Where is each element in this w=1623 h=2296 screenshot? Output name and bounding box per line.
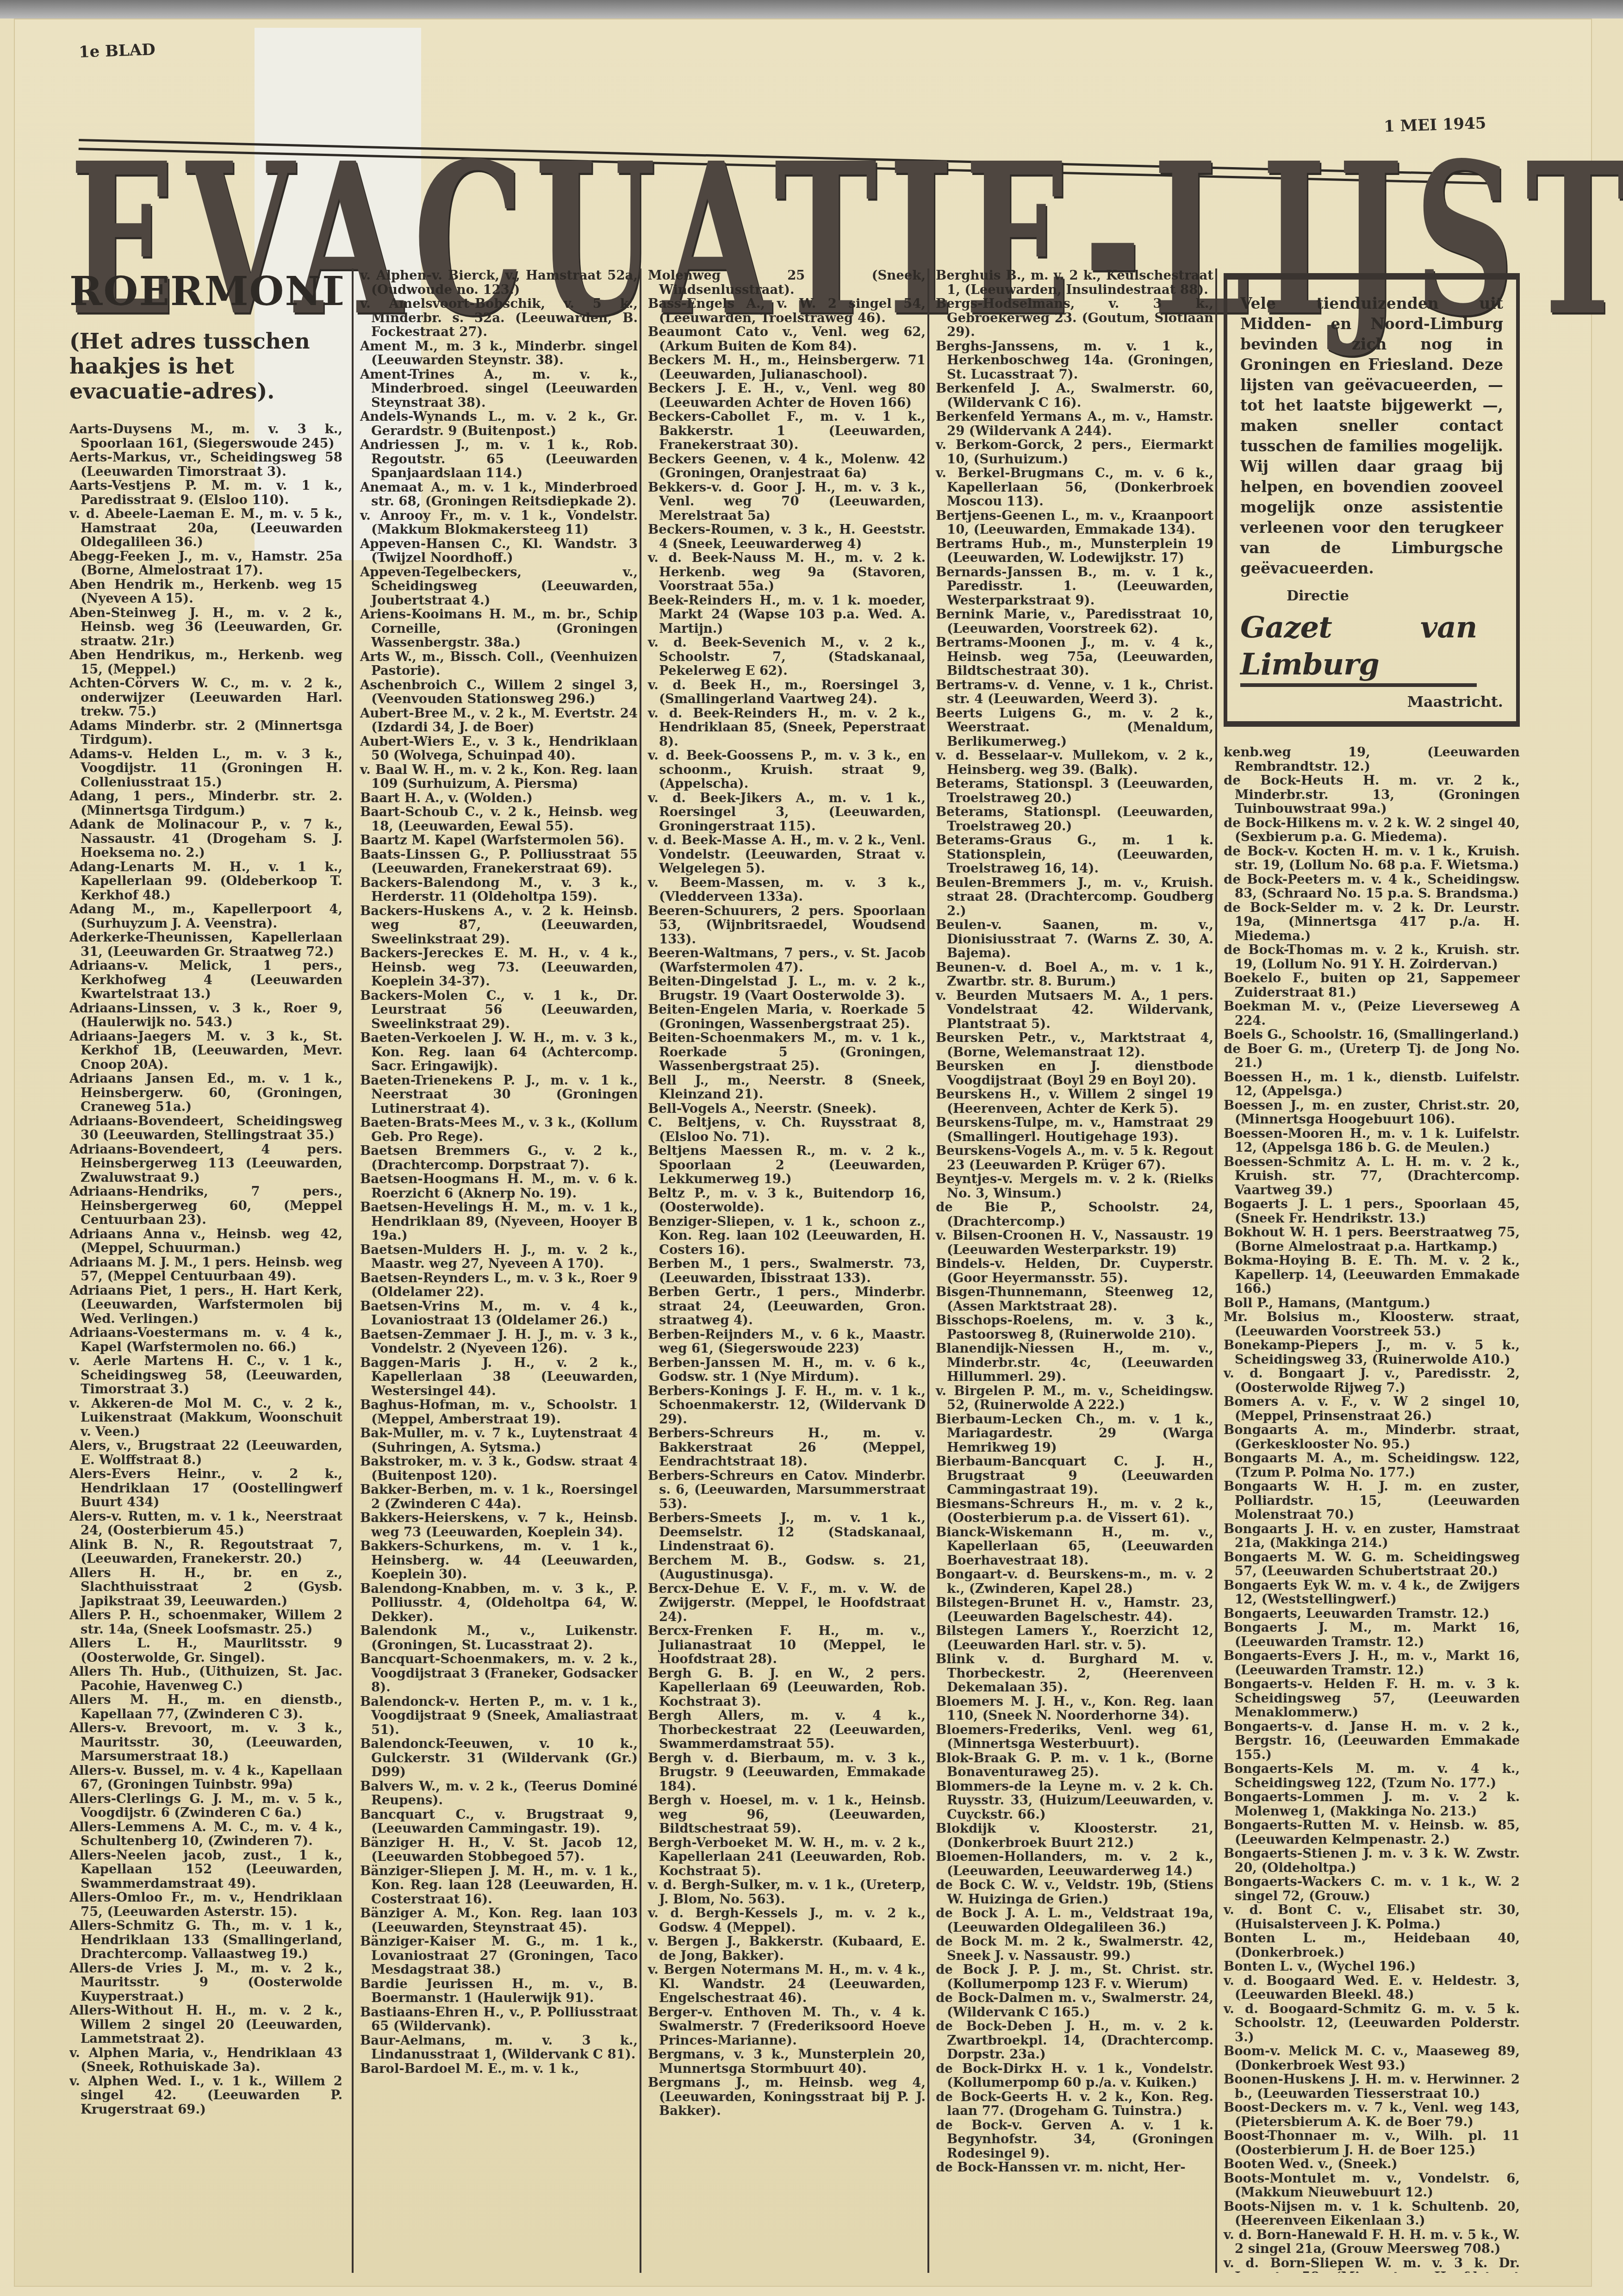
list-entry: kenb.weg 19, (Leeuwarden Rembrandtstr. 1… [1224, 745, 1520, 774]
list-entry: Bonten L. v., (Wychel 196.) [1224, 1959, 1520, 1974]
list-entry: Baur-Aelmans, m. v. 3 k., Lindanusstraat… [360, 2034, 638, 2062]
list-entry: Bergmans J., m. Heinsb. weg 4, (Leeuward… [648, 2076, 926, 2118]
entry-list: Berghuis B., m. v. 2 k., Keulschestraat … [936, 268, 1213, 2175]
list-entry: Boekelo F., buiten op 21, Sappemeer Zuid… [1224, 971, 1520, 999]
list-entry: Backers-Balendong M., v. 3 k., Herderstr… [360, 876, 638, 904]
list-entry: Baghus-Hofman, m. v., Schoolstr. 1 (Mepp… [360, 1398, 638, 1426]
list-entry: Bell-Vogels A., Neerstr. (Sneek). [648, 1102, 926, 1116]
list-entry: Balvers W., m. v. 2 k., (Teerus Dominé R… [360, 1779, 638, 1808]
list-entry: de Bock-Heuts H. m. vr. 2 k., Minderbr.s… [1224, 774, 1520, 816]
list-entry: Berbers-Smeets J., m. v. 1 k., Deemselst… [648, 1511, 926, 1554]
list-entry: Berchem M. B., Godsw. s. 21, (Augustinus… [648, 1554, 926, 1582]
list-entry: Bomers A. v. F., v. W 2 singel 10, (Mepp… [1224, 1395, 1520, 1423]
column-5: Vele tienduizenden uit Midden- en Noord-… [1215, 268, 1520, 2273]
list-entry: v. d. Besselaar-v. Mullekom, v. 2 k., He… [936, 749, 1213, 777]
list-entry: Bongaarts M. A., m. Scheidingsw. 122, (T… [1224, 1451, 1520, 1479]
publisher-place: Maastricht. [1240, 692, 1503, 712]
list-entry: v. Amelsvoort-Bobschik, v. 5 k., Minderb… [360, 297, 638, 339]
list-entry: Beterams-Graus G., m. 1 k. Stationsplein… [936, 833, 1213, 876]
notice-text: Vele tienduizenden uit Midden- en Noord-… [1240, 293, 1503, 579]
scan-top-edge [0, 0, 1623, 19]
list-entry: Blommers-de la Leyne m. v. 2 k. Ch. Ruys… [936, 1779, 1213, 1822]
list-entry: Beckers-Roumen, v. 3 k., H. Geeststr. 4 … [648, 523, 926, 551]
list-entry: v. d. Beek-Jikers A., m. v. 1 k., Roersi… [648, 791, 926, 834]
list-entry: Beltz P., m. v. 3 k., Buitendorp 16, (Oo… [648, 1186, 926, 1215]
list-entry: Bakstroker, m. v. 3 k., Godsw. straat 4 … [360, 1454, 638, 1483]
list-entry: Baats-Linssen G., P. Polliusstraat 55 (L… [360, 848, 638, 876]
list-entry: Beltjens Maessen R., m. v. 2 k., Spoorla… [648, 1144, 926, 1186]
list-entry: Berben Gertr., 1 pers., Minderbr. straat… [648, 1285, 926, 1328]
list-entry: Bongaerts-Kels M. m. v. 4 k., Scheidings… [1224, 1762, 1520, 1790]
list-entry: de Bock-Deben J. H., m. v. 2 k. Zwartbro… [936, 2019, 1213, 2062]
list-columns: ROERMOND (Het adres tusschen haakjes is … [69, 268, 1518, 2273]
list-entry: Boom-v. Melick M. C. v., Maaseweg 89, (D… [1224, 2044, 1520, 2072]
list-entry: Balendonk M., v., Luikenstr. (Groningen,… [360, 1624, 638, 1652]
list-entry: Bloemers-Frederiks, Venl. weg 61, (Minne… [936, 1723, 1213, 1751]
list-entry: Beyntjes-v. Mergels m. v. 2 k. (Rielks N… [936, 1172, 1213, 1200]
list-entry: de Bock-Geerts H. v. 2 k., Kon. Reg. laa… [936, 2090, 1213, 2118]
list-entry: Mr. Bolsius m., Kloosterw. straat, (Leeu… [1224, 1310, 1520, 1338]
list-entry: v. Birgelen P. M., m. v., Scheidingsw. 5… [936, 1384, 1213, 1412]
list-entry: Beckers-Cabollet F., m. v. 1 k., Bakkers… [648, 410, 926, 452]
list-entry: de Bock-Dirkx H. v. 1 k., Vondelstr. (Ko… [936, 2062, 1213, 2090]
list-entry: Berkenfeld Yermans A., m. v., Hamstr. 29… [936, 410, 1213, 438]
list-entry: Adams Minderbr. str. 2 (Minnertsga Tirdg… [69, 719, 342, 747]
list-entry: Adang-Lenarts M. H., v. 1 k., Kapellerla… [69, 860, 342, 903]
list-entry: Berben M., 1 pers., Swalmerstr. 73, (Lee… [648, 1257, 926, 1285]
list-entry: Bongaarts A. m., Minderbr. straat, (Gerk… [1224, 1423, 1520, 1451]
list-entry: Adriaans Jansen Ed., m. v. 1 k., Heinsbe… [69, 1072, 342, 1114]
list-entry: de Bock-Thomas m. v. 2 k., Kruish. str. … [1224, 943, 1520, 971]
list-entry: Allers P. H., schoenmaker, Willem 2 str.… [69, 1608, 342, 1636]
list-entry: Bogaerts J. L. 1 pers., Spoorlaan 45, (S… [1224, 1197, 1520, 1225]
list-entry: v. d. Born-Sliepen W. m. v. 3 k. Dr. Leu… [1224, 2256, 1520, 2273]
list-entry: Boost-Thonnaer m. v., Wilh. pl. 11 (Oost… [1224, 2129, 1520, 2157]
list-entry: Bertrams-v. d. Venne, v. 1 k., Christ. s… [936, 678, 1213, 706]
list-entry: Bekkers-v. d. Goor J. H., m. v. 3 k., Ve… [648, 480, 926, 523]
list-entry: Alink B. N., R. Regoutstraat 7, (Leeuwar… [69, 1538, 342, 1566]
list-entry: Boekman M. v., (Peize Lieverseweg A 224. [1224, 999, 1520, 1028]
list-entry: Backers-Molen C., v. 1 k., Dr. Leurstraa… [360, 989, 638, 1031]
list-entry: Balendonck-v. Herten P., m. v. 1 k., Voo… [360, 1695, 638, 1737]
list-entry: Barol-Bardoel M. E., m. v. 1 k., [360, 2062, 638, 2076]
list-entry: Allers-de Vries J. M., m. v. 2 k., Mauri… [69, 1961, 342, 2004]
list-entry: de Bock J. P. J. m., St. Christ. str. (K… [936, 1963, 1213, 1991]
list-entry: de Bie P., Schoolstr. 24, (Drachtercomp.… [936, 1200, 1213, 1229]
list-entry: Biesmans-Schreurs H., m. v. 2 k., (Ooste… [936, 1497, 1213, 1525]
list-entry: Bokhout W. H. 1 pers. Beerstraatweg 75, … [1224, 1225, 1520, 1254]
list-entry: Beaumont Cato v., Venl. weg 62, (Arkum B… [648, 325, 926, 353]
list-entry: Bilstegen-Brunet H. v., Hamstr. 23, (Lee… [936, 1596, 1213, 1624]
publisher-notice: Vele tienduizenden uit Midden- en Noord-… [1224, 273, 1520, 727]
list-entry: Allers H. H., br. en z., Slachthuisstraa… [69, 1566, 342, 1609]
list-entry: Aben Hendrik m., Herkenb. weg 15 (Nyevee… [69, 578, 342, 606]
list-entry: Allers-Neelen jacob, zust., 1 k., Kapell… [69, 1848, 342, 1891]
list-entry: Abegg-Feeken J., m. v., Hamstr. 25a (Bor… [69, 549, 342, 578]
list-entry: Beursken Petr., v., Marktstraat 4, (Born… [936, 1031, 1213, 1059]
list-entry: de Bock-v. Kocten H. m. v. 1 k., Kruish.… [1224, 844, 1520, 873]
list-entry: Boessen J., m. en zuster, Christ.str. 20… [1224, 1098, 1520, 1127]
entry-list: v. Alphen-v. Bierck, v., Hamstraat 52a, … [360, 268, 638, 2076]
list-entry: Aarts-Vestjens P. M. m. v. 1 k., Paredis… [69, 479, 342, 507]
list-entry: v. d. Born-Hanewald F. H. H. m. v. 5 k.,… [1224, 2228, 1520, 2256]
list-entry: v. d. Beek-Goossens P., m. v. 3 k., en s… [648, 749, 926, 791]
list-entry: Adang, 1 pers., Minderbr. str. 2. (Minne… [69, 789, 342, 817]
list-entry: Bongaart-v. d. Beurskens-m., m. v. 2 k.,… [936, 1567, 1213, 1596]
list-entry: Boll P., Hamans, (Mantgum.) [1224, 1296, 1520, 1310]
list-entry: Bongaerts-Rutten M. v. Heinsb. w. 85, (L… [1224, 1818, 1520, 1847]
list-entry: Adriaans-Jaegers M. v. 3 k., St. Kerkhof… [69, 1029, 342, 1072]
column-2: v. Alphen-v. Bierck, v., Hamstraat 52a, … [352, 268, 638, 2273]
list-entry: de Bock-v. Gerven A. v. 1 k. Begynhofstr… [936, 2118, 1213, 2161]
list-entry: Bisschops-Roelens, m. v. 3 k., Pastoorsw… [936, 1313, 1213, 1341]
list-entry: Berbers-Konings J. F. H., m. v. 1 k., Sc… [648, 1384, 926, 1427]
list-entry: Appeven-Tegelbeckers, v., Scheidingsweg … [360, 565, 638, 608]
list-entry: Bisgen-Thunnemann, Steenweg 12, (Assen M… [936, 1285, 1213, 1313]
list-entry: Adriaans-Linssen, v. 3 k., Roer 9, (Haul… [69, 1001, 342, 1029]
list-entry: Boonen-Huskens J. H. m. v. Herwinner. 2 … [1224, 2072, 1520, 2101]
list-entry: Beerts Luigens G., m. v. 2 k., Weerstraa… [936, 706, 1213, 749]
list-entry: Alers-Evers Heinr., v. 2 k., Hendriklaan… [69, 1467, 342, 1510]
list-entry: Bongaerts J. M., m. Markt 16, (Leeuwarde… [1224, 1621, 1520, 1649]
list-entry: Bonten L. m., Heidebaan 40, (Donkerbroek… [1224, 1931, 1520, 1959]
list-entry: Beurskens-Vogels A., m. v. 5 k. Regout 2… [936, 1144, 1213, 1172]
list-entry: Booten Wed. v., (Sneek.) [1224, 2157, 1520, 2171]
list-entry: Beursken en J. dienstbode Voogdijstraat … [936, 1059, 1213, 1087]
list-entry: Bierbaum-Lecken Ch., m. v. 1 k., Mariaga… [936, 1412, 1213, 1455]
list-entry: Allers-Lemmens A. M. C., m. v. 4 k., Sch… [69, 1820, 342, 1848]
list-entry: Boels G., Schoolstr. 16, (Smallingerland… [1224, 1028, 1520, 1042]
list-entry: Adriaans-Bovendeert, 4 pers. Heinsberger… [69, 1142, 342, 1185]
list-entry: Allers-Clerlings G. J. M., m. v. 5 k., V… [69, 1792, 342, 1820]
list-entry: Baart-Schoub C., v. 2 k., Heinsb. weg 18… [360, 805, 638, 833]
list-entry: Bianck-Wiskemann H., m. v., Kapellerlaan… [936, 1525, 1213, 1568]
list-entry: Baggen-Maris J. H., v. 2 k., Kapellerlaa… [360, 1356, 638, 1398]
list-entry: Bergmans, v. 3 k., Munsterplein 20, Munn… [648, 2047, 926, 2076]
list-entry: Aben-Steinweg J. H., m. v. 2 k., Heinsb.… [69, 606, 342, 649]
list-entry: Beckers M. H., m., Heinsbergerw. 71 (Lee… [648, 353, 926, 381]
list-entry: Alers, v., Brugstraat 22 (Leeuwarden, E.… [69, 1439, 342, 1467]
list-entry: Bergh-Verboeket M. W. H., m. v. 2 k., Ka… [648, 1836, 926, 1878]
list-entry: Bernards-Janssen B., m. v. 1 k., Paredis… [936, 565, 1213, 608]
entry-list: Molenweg 25 (Sneek, Windsenlusstraat).Ba… [648, 268, 926, 2118]
list-entry: Beurskens-Tulpe, m. v., Hamstraat 29 (Sm… [936, 1116, 1213, 1144]
list-entry: Aubert-Bree M., v. 2 k., M. Evertstr. 24… [360, 706, 638, 735]
list-entry: v. d. Beek-Sevenich M., v. 2 k., Schools… [648, 636, 926, 678]
list-entry: Beiten-Dingelstad J. L., m. v. 2 k., Bru… [648, 974, 926, 1003]
list-entry: Beek-Reinders H., m. v. 1 k. moeder, Mar… [648, 593, 926, 636]
list-entry: v. d. Beek-Nauss M. H., m. v. 2 k. Herke… [648, 551, 926, 593]
list-entry: Andels-Wynands L., m. v. 2 k., Gr. Gerar… [360, 410, 638, 438]
list-entry: Anemaat A., m. v. 1 k., Minderbroed str.… [360, 480, 638, 509]
list-entry: v. d. Bongaart J. v., Paredisstr. 2, (Oo… [1224, 1366, 1520, 1395]
list-entry: Blink v. d. Burghard M. v. Thorbeckestr.… [936, 1652, 1213, 1695]
list-entry: Bakker-Berben, m. v. 1 k., Roersingel 2 … [360, 1483, 638, 1511]
list-entry: de Bock M. m. 2 k., Swalmerstr. 42, Snee… [936, 1934, 1213, 1963]
list-entry: Beulen-v. Saanen, m. v., Dionisiusstraat… [936, 918, 1213, 961]
list-entry: Baetsen-Mulders H. J., m. v. 2 k., Maast… [360, 1243, 638, 1271]
list-entry: Adriaans-Voestermans m. v. 4 k., Kapel (… [69, 1326, 342, 1354]
list-entry: Alers-v. Rutten, m. v. 1 k., Neerstraat … [69, 1510, 342, 1538]
list-entry: Bongaarts W. H. J. m. en zuster, Polliar… [1224, 1479, 1520, 1522]
list-entry: Bongaerts-Stienen J. m. v. 3 k. W. Zwstr… [1224, 1847, 1520, 1875]
list-entry: Berger-v. Enthoven M. Th., v. 4 k. Swalm… [648, 2005, 926, 2048]
list-entry: Bloemen-Hollanders, m. v. 2 k., (Leeuwar… [936, 1850, 1213, 1878]
list-entry: Bongaerts Eyk W. m. v. 4 k., de Zwijgers… [1224, 1578, 1520, 1607]
list-entry: Beterams, Stationspl. (Leeuwarden, Troel… [936, 805, 1213, 833]
list-entry: Bardie Jeurissen H., m. v., B. Boermanst… [360, 1977, 638, 2005]
list-entry: v. Bergen J., Bakkerstr. (Kubaard, E. de… [648, 1934, 926, 1963]
list-entry: Allers-Omloo Fr., m. v., Hendriklaan 75,… [69, 1890, 342, 1919]
list-entry: Aschenbroich C., Willem 2 singel 3, (Vee… [360, 678, 638, 706]
list-entry: Bongaerts-Lommen J. m. v. 2 k. Molenweg … [1224, 1790, 1520, 1818]
list-entry: Arts W., m., Bissch. Coll., (Veenhuizen … [360, 650, 638, 678]
list-entry: Bänziger-Kaiser M. G., m. 1 k., Lovanios… [360, 1934, 638, 1977]
list-entry: Backers-Huskens A., v. 2 k. Heinsb. weg … [360, 904, 638, 947]
list-entry: Beulen-Bremmers J., m. v., Kruish. straa… [936, 876, 1213, 918]
list-entry: de Bock-Hanssen vr. m. nicht, Her- [936, 2160, 1213, 2175]
list-entry: Bongaerts-v. d. Janse H. m. v. 2 k., Ber… [1224, 1720, 1520, 1762]
publisher-logo: Gazet van Limburg [1240, 609, 1477, 687]
list-entry: Allers-Without H. H., m. v. 2 k., Willem… [69, 2003, 342, 2046]
list-entry: Beeren-Schuurers, 2 pers. Spoorlaan 53, … [648, 904, 926, 947]
list-entry: Boots-Montulet m. v., Vondelstr. 6, (Mak… [1224, 2171, 1520, 2200]
list-entry: v. Aerle Martens H. C., v. 1 k., Scheidi… [69, 1354, 342, 1397]
list-entry: Benziger-Sliepen, v. 1 k., schoon z., Ko… [648, 1215, 926, 1257]
list-entry: Bierbaum-Bancquart C. J. H., Brugstraat … [936, 1454, 1213, 1497]
list-entry: v. d. Beek H., m., Roersingel 3, (Smalli… [648, 678, 926, 706]
list-entry: Bongaerts-Wackers C. m. v. 1 k., W. 2 si… [1224, 1875, 1520, 1903]
list-entry: Boessen-Mooren H., m. v. 1 k. Luifelstr.… [1224, 1127, 1520, 1155]
list-entry: Adams-v. Helden L., m. v. 3 k., Voogdijs… [69, 747, 342, 790]
list-entry: Berbers-Schreurs H., m. v. Bakkerstraat … [648, 1426, 926, 1469]
list-entry: Beurskens H., v. Willem 2 singel 19 (Hee… [936, 1087, 1213, 1116]
list-entry: Baetsen-Reynders L., m. v. 3 k., Roer 9 … [360, 1271, 638, 1299]
list-entry: Baeten-Trienekens P. J., m. v. 1 k., Nee… [360, 1073, 638, 1116]
list-entry: Bertjens-Geenen L., m. v., Kraanpoort 10… [936, 509, 1213, 537]
list-entry: Allers-v. Brevoort, m. v. 3 k., Mauritss… [69, 1721, 342, 1764]
list-entry: Aarts-Duysens M., m. v. 3 k., Spoorlaan … [69, 422, 342, 450]
list-entry: Bindels-v. Helden, Dr. Cuyperstr. (Goor … [936, 1257, 1213, 1285]
list-entry: v. d. Beek-Reinders H., m. v. 2 k., Hend… [648, 706, 926, 749]
list-entry: Molenweg 25 (Sneek, Windsenlusstraat). [648, 268, 926, 297]
list-entry: Berben-Janssen M. H., m. v. 6 k., Godsw.… [648, 1356, 926, 1384]
list-entry: Bergh G. B. J. en W., 2 pers. Kapellerla… [648, 1666, 926, 1709]
list-entry: Beunen-v. d. Boel A., m. v. 1 k., Zwartb… [936, 961, 1213, 989]
list-entry: v. d. Boogaard Wed. E. v. Heldestr. 3, (… [1224, 1974, 1520, 2002]
list-entry: Bloemers M. J. H., v., Kon. Reg. laan 11… [936, 1695, 1213, 1723]
list-entry: Beiten-Engelen Maria, v. Roerkade 5 (Gro… [648, 1003, 926, 1031]
list-entry: v. Berkel-Brugmans C., m. v. 6 k., Kapel… [936, 466, 1213, 509]
list-entry: Bernink Marie, v., Paredisstraat 10, (Le… [936, 607, 1213, 636]
list-entry: Bergh Allers, m. v. 4 k., Thorbeckestraa… [648, 1709, 926, 1751]
list-entry: Allers M. H., m. en dienstb., Kapellaan … [69, 1693, 342, 1721]
list-entry: Baetsen-Zemmaer J. H. J., m. v. 3 k., Vo… [360, 1328, 638, 1356]
list-entry: v. d. Bont C. v., Elisabet str. 30, (Hui… [1224, 1903, 1520, 1931]
list-entry: Baetsen-Hevelings H. M., m. v. 1 k., Hen… [360, 1200, 638, 1243]
list-entry: v. Alphen Maria, v., Hendriklaan 43 (Sne… [69, 2046, 342, 2074]
list-entry: Beckers J. E. H., v., Venl. weg 80 (Leeu… [648, 381, 926, 410]
list-entry: Boost-Deckers m. v. 7 k., Venl. weg 143,… [1224, 2101, 1520, 2129]
list-entry: v. Beem-Massen, m. v. 3 k., (Vledderveen… [648, 876, 926, 904]
list-entry: v. Akkeren-de Mol M. C., v. 2 k., Luiken… [69, 1397, 342, 1439]
list-entry: Bänziger A. M., Kon. Reg. laan 103 (Leeu… [360, 1906, 638, 1934]
list-entry: Bakkers-Schurkens, m. v. 1 k., Heinsberg… [360, 1539, 638, 1582]
list-entry: Boessen H., m. 1 k., dienstb. Luifelstr.… [1224, 1070, 1520, 1098]
list-entry: Bertrams Hub., m., Munsterplein 19 (Leeu… [936, 537, 1213, 565]
list-entry: Baeten-Verkoelen J. W. H., m. v. 3 k., K… [360, 1031, 638, 1073]
list-entry: Appeven-Hansen C., Kl. Wandstr. 3 (Twijz… [360, 537, 638, 565]
signature-label: Directie [1240, 586, 1503, 606]
list-entry: Beeren-Waltmans, 7 pers., v. St. Jacob (… [648, 946, 926, 974]
list-entry: Aubert-Wiers E., v. 3 k., Hendriklaan 50… [360, 735, 638, 763]
list-entry: Balendonck-Teeuwen, v. 10 k., Gulckerstr… [360, 1737, 638, 1779]
list-entry: Allers-v. Bussel, m. v. 4 k., Kapellaan … [69, 1764, 342, 1792]
section-city: ROERMOND [69, 268, 342, 315]
list-entry: Baeten-Brats-Mees M., v. 3 k., (Kollum G… [360, 1116, 638, 1144]
list-entry: Ament-Trines A., m. v. k., Minderbroed. … [360, 368, 638, 410]
list-entry: v. Anrooy Fr., m. v. 1 k., Vondelstr. (M… [360, 509, 638, 537]
list-entry: Bonekamp-Piepers J., m. v. 5 k., Scheidi… [1224, 1338, 1520, 1366]
list-entry: Allers Th. Hub., (Uithuizen, St. Jac. Pa… [69, 1665, 342, 1693]
list-entry: Berghuis B., m. v. 2 k., Keulschestraat … [936, 268, 1213, 297]
list-entry: Bongaerts M. W. G. m. Scheidingsweg 57, … [1224, 1550, 1520, 1578]
list-entry: Ament M., m. 3 k., Minderbr. singel (Lee… [360, 339, 638, 368]
column-1: ROERMOND (Het adres tusschen haakjes is … [69, 268, 342, 2273]
list-entry: Bertrams-Moonen J., m. v. 4 k., Heinsb. … [936, 636, 1213, 678]
list-entry: v. Berkom-Gorck, 2 pers., Eiermarkt 10, … [936, 438, 1213, 466]
list-entry: Baartz M. Kapel (Warfstermolen 56). [360, 833, 638, 848]
list-entry: Aerts-Markus, vr., Scheidingsweg 58 (Lee… [69, 450, 342, 479]
entry-list: kenb.weg 19, (Leeuwarden Rembrandtstr. 1… [1224, 745, 1520, 2273]
list-entry: C. Beltjens, v. Ch. Ruysstraat 8, (Elslo… [648, 1116, 926, 1144]
list-entry: Adriaans-v. Melick, 1 pers., Kerkhofweg … [69, 959, 342, 1001]
list-entry: Aderkerke-Theunissen, Kapellerlaan 31, (… [69, 930, 342, 959]
list-entry: Baart H. A., v. (Wolden.) [360, 791, 638, 805]
list-entry: Achten-Cörvers W. C., m. v. 2 k., onderw… [69, 676, 342, 719]
list-entry: v. Alphen-v. Bierck, v., Hamstraat 52a, … [360, 268, 638, 297]
list-entry: Bergs-Hodselmans, v. 3 k., Gebroekerweg … [936, 297, 1213, 339]
list-entry: Bongaerts, Leeuwarden Tramstr. 12.) [1224, 1607, 1520, 1621]
list-entry: Bokma-Hoying B. E. Th. M. v. 2 k., Kapel… [1224, 1254, 1520, 1296]
entry-list: Aarts-Duysens M., m. v. 3 k., Spoorlaan … [69, 422, 342, 2116]
list-entry: Berkenfeld J. A., Swalmerstr. 60, (Wilde… [936, 381, 1213, 410]
list-entry: Bänziger H. H., V. St. Jacob 12, (Leeuwa… [360, 1836, 638, 1864]
list-entry: Allers-Schmitz G. Th., m. v. 1 k., Hendr… [69, 1919, 342, 1961]
list-entry: Blokdijk v. Kloosterstr. 21, (Donkerbroe… [936, 1822, 1213, 1850]
list-entry: v. Beurden Mutsaers M. A., 1 pers. Vonde… [936, 989, 1213, 1031]
list-entry: v. d. Bergh-Sulker, m. v. 1 k., (Ureterp… [648, 1878, 926, 1906]
list-entry: Adang M., m., Kapellerpoort 4, (Surhuyzu… [69, 902, 342, 930]
list-entry: Adriaans-Bovendeert, Scheidingsweg 30 (L… [69, 1114, 342, 1142]
list-entry: Beiten-Schoenmakers M., m. v. 1 k., Roer… [648, 1031, 926, 1073]
list-entry: Balendong-Knabben, m. v. 3 k., P. Polliu… [360, 1582, 638, 1624]
list-entry: Ariens-Kooimans H. M., m. br., Schip Cor… [360, 607, 638, 650]
list-entry: v. Bilsen-Croonen H. V., Nassaustr. 19 (… [936, 1229, 1213, 1257]
column-3: Molenweg 25 (Sneek, Windsenlusstraat).Ba… [640, 268, 926, 2273]
list-entry: Bancquart C., v. Brugstraat 9, (Leeuward… [360, 1808, 638, 1836]
list-entry: Bergh v. d. Bierbaum, m. v. 3 k., Brugst… [648, 1751, 926, 1794]
list-entry: Bancquart-Schoenmakers, m. v. 2 k., Voog… [360, 1652, 638, 1695]
list-entry: v. Baal W. H., m. v. 2 k., Kon. Reg. laa… [360, 763, 638, 791]
list-entry: Bilstegen Lamers Y., Roerzicht 12, (Leeu… [936, 1624, 1213, 1652]
list-entry: Bänziger-Sliepen J. M. H., m. v. 1 k., K… [360, 1864, 638, 1907]
list-entry: Boots-Nijsen m. v. 1 k. Schultenb. 20, (… [1224, 2200, 1520, 2228]
list-entry: Berghs-Janssens, m. v. 1 k., Herkenbosch… [936, 339, 1213, 382]
list-entry: Baetsen-Hoogmans H. M., m. v. 6 k. Roerz… [360, 1172, 638, 1200]
list-entry: Beterams, Stationspl. 3 (Leeuwarden, Tro… [936, 777, 1213, 805]
list-entry: Bongaerts-Evers J. H., m. v., Markt 16, … [1224, 1649, 1520, 1677]
list-entry: Blanendijk-Niessen H., m. v., Minderbr.s… [936, 1341, 1213, 1384]
list-entry: Adriaans-Hendriks, 7 pers., Heinsbergerw… [69, 1185, 342, 1227]
list-entry: Bercx-Dehue E. V. F., m. v. W. de Zwijge… [648, 1582, 926, 1624]
list-entry: de Bock C. W. v., Veldstr. 19b, (Stiens … [936, 1878, 1213, 1906]
list-entry: Andriessen J., m. v. 1 k., Rob. Regoutst… [360, 438, 638, 480]
list-entry: Baetsen Bremmers G., v. 2 k., (Drachterc… [360, 1144, 638, 1172]
sheet-label: 1e BLAD [78, 40, 155, 62]
list-entry: v. Bergen Notermans M. H., m. v. 4 k., K… [648, 1963, 926, 2005]
list-entry: Allers L. H., Maurlitsstr. 9 (Oosterwold… [69, 1636, 342, 1665]
list-entry: de Boer G. m., (Ureterp Tj. de Jong No. … [1224, 1042, 1520, 1070]
list-entry: Bakkers-Heierskens, v. 7 k., Heinsb. weg… [360, 1511, 638, 1539]
list-entry: Bercx-Frenken F. H., m. v., Julianastraa… [648, 1624, 926, 1666]
list-entry: Bastiaans-Ehren H., v., P. Polliusstraat… [360, 2005, 638, 2034]
newspaper-page: 1e BLAD 1 MEI 1945 EVACUATIE-LIJST ROERM… [14, 19, 1592, 2287]
list-entry: v. d. Beek-Masse A. H., m. v. 2 k., Venl… [648, 833, 926, 876]
list-entry: Blok-Braak G. P. m. v. 1 k., (Borne Bona… [936, 1751, 1213, 1779]
list-entry: Beckers Geenen, v. 4 k., Molenw. 42 (Gro… [648, 452, 926, 480]
list-entry: Bak-Muller, m. v. 7 k., Luytenstraat 4 (… [360, 1426, 638, 1454]
list-entry: Bongaerts-v. Helden F. H. m. v. 3 k. Sch… [1224, 1677, 1520, 1720]
column-4: Berghuis B., m. v. 2 k., Keulschestraat … [927, 268, 1213, 2273]
list-entry: Bass-Engels A., v. W. 2 singel 54, (Leeu… [648, 297, 926, 325]
list-entry: de Bock-Dalmen m. v., Swalmerstr. 24, (W… [936, 1991, 1213, 2019]
list-entry: Bergh v. Hoesel, m. v. 1 k., Heinsb. weg… [648, 1793, 926, 1836]
list-entry: Aben Hendrikus, m., Herkenb. weg 15, (Me… [69, 648, 342, 676]
list-entry: v. d. Boogaard-Schmitz G. m. v. 5 k. Sch… [1224, 2002, 1520, 2045]
list-entry: Adriaans M. J. M., 1 pers. Heinsb. weg 5… [69, 1255, 342, 1284]
list-entry: Berben-Reijnders M., v. 6 k., Maastr. we… [648, 1328, 926, 1356]
list-entry: Boessen-Schmitz A. L. H. m. v. 2 k., Kru… [1224, 1155, 1520, 1198]
list-entry: de Bock J. A. L. m., Veldstraat 19a, (Le… [936, 1906, 1213, 1934]
list-entry: Bongaarts J. H. v. en zuster, Hamstraat … [1224, 1522, 1520, 1550]
list-entry: de Bock-Peeters m. v. 4 k., Scheidingsw.… [1224, 873, 1520, 901]
list-entry: v. d. Bergh-Kessels J., m. v. 2 k., Gods… [648, 1906, 926, 1934]
list-entry: de Bock-Hilkens m. v. 2 k. W. 2 singel 4… [1224, 816, 1520, 844]
section-intro: (Het adres tusschen haakjes is het evacu… [69, 329, 342, 404]
list-entry: de Bock-Selder m. v. 2 k. Dr. Leurstr. 1… [1224, 901, 1520, 943]
list-entry: v. Alphen Wed. I., v. 1 k., Willem 2 sin… [69, 2074, 342, 2117]
list-entry: Baetsen-Vrins M., m. v. 4 k., Lovaniostr… [360, 1299, 638, 1328]
list-entry: Adriaans Anna v., Heinsb. weg 42, (Meppe… [69, 1227, 342, 1255]
list-entry: Berbers-Schreurs en Catov. Minderbr. s. … [648, 1469, 926, 1511]
list-entry: Backers-Jereckes E. M. H., v. 4 k., Hein… [360, 946, 638, 989]
list-entry: Adriaans Piet, 1 pers., H. Hart Kerk, (L… [69, 1284, 342, 1326]
list-entry: Bell J., m., Neerstr. 8 (Sneek, Kleinzan… [648, 1073, 926, 1102]
list-entry: v. d. Abeele-Laeman E. M., m. v. 5 k., H… [69, 507, 342, 549]
list-entry: Adank de Molinacour P., v. 7 k., Nassaus… [69, 817, 342, 860]
notice-signature: Directie Gazet van Limburg Maastricht. [1240, 586, 1503, 712]
